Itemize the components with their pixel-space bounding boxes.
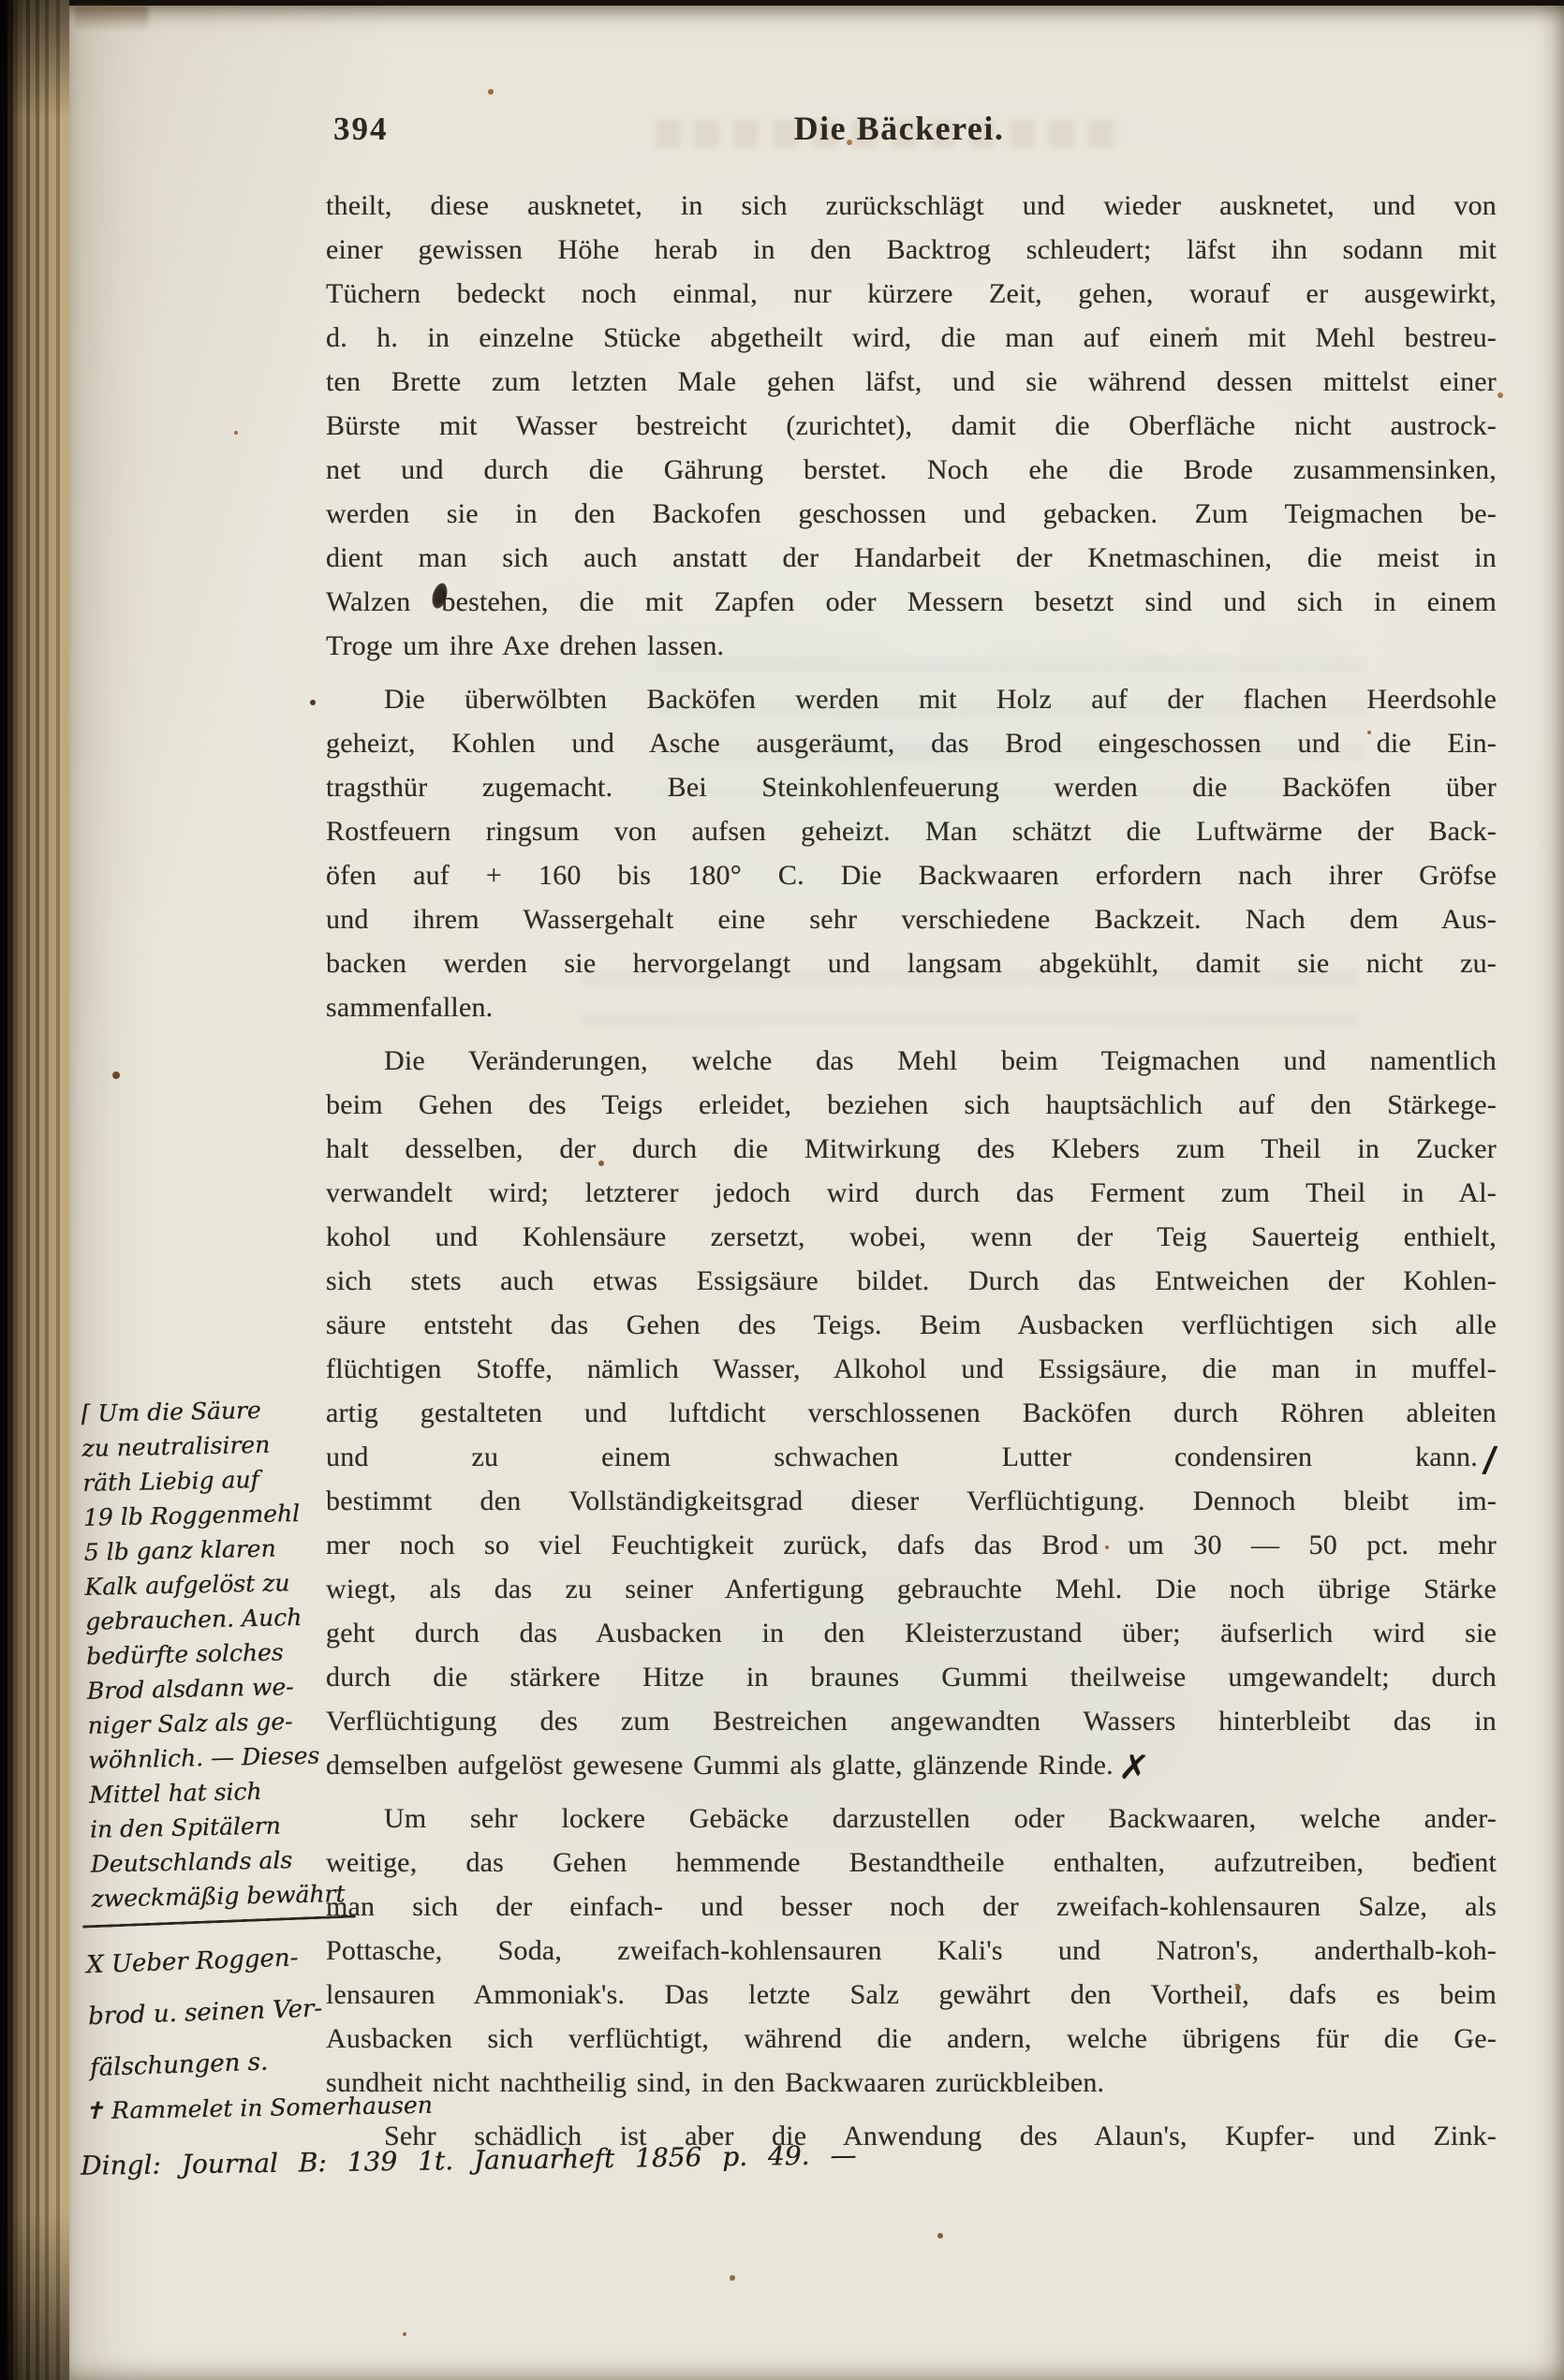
text-line: halt desselben, der durch die Mitwirkung… bbox=[326, 1127, 1497, 1171]
text-line: Die überwölbten Backöfen werden mit Holz… bbox=[326, 677, 1497, 721]
body-text: theilt, diese ausknetet, in sich zurücks… bbox=[326, 184, 1497, 2167]
text-line: flüchtigen Stoffe, nämlich Wasser, Alkoh… bbox=[326, 1347, 1497, 1391]
text-line: einer gewissen Höhe herab in den Backtro… bbox=[326, 228, 1497, 272]
margin-note-line: Deutschlands als bbox=[90, 1841, 346, 1882]
text-line: d. h. in einzelne Stücke abgetheilt wird… bbox=[326, 316, 1497, 360]
text-line: net und durch die Gährung berstet. Noch … bbox=[326, 448, 1497, 492]
text-line: und zu einem schwachen Lutter condensire… bbox=[326, 1435, 1497, 1479]
text-line: bestimmt den Vollständigkeitsgrad dieser… bbox=[326, 1479, 1497, 1523]
text-line: verwandelt wird; letzterer jedoch wird d… bbox=[326, 1171, 1497, 1215]
text-line: Walzen bestehen, die mit Zapfen oder Mes… bbox=[326, 580, 1497, 624]
text-line: geht durch das Ausbacken in den Kleister… bbox=[326, 1611, 1497, 1655]
text-line: Pottasche, Soda, zweifach-kohlensauren K… bbox=[326, 1929, 1497, 1973]
text-line: sich stets auch etwas Essigsäure bildet.… bbox=[326, 1259, 1497, 1303]
margin-note-line: zu neutralisiren bbox=[81, 1426, 337, 1466]
text-line: theilt, diese ausknetet, in sich zurücks… bbox=[326, 184, 1497, 228]
margin-note-line: ⌈ Um die Säure bbox=[81, 1391, 336, 1431]
text-line: Die Veränderungen, welche das Mehl beim … bbox=[326, 1039, 1497, 1083]
text-line: tragsthür zugemacht. Bei Steinkohlenfeue… bbox=[326, 765, 1497, 809]
text-line: Verflüchtigung des zum Bestreichen angew… bbox=[326, 1699, 1497, 1743]
book-page-edges bbox=[0, 0, 69, 2380]
margin-note-line: bedürfte solches bbox=[86, 1633, 342, 1674]
text-line: und ihrem Wassergehalt eine sehr verschi… bbox=[326, 897, 1497, 941]
text-line: backen werden sie hervorgelangt und lang… bbox=[326, 941, 1497, 985]
paragraph: theilt, diese ausknetet, in sich zurücks… bbox=[326, 184, 1497, 668]
text-line: durch die stärkere Hitze in braunes Gumm… bbox=[326, 1655, 1497, 1699]
running-title: Die Bäckerei. bbox=[794, 109, 1005, 148]
text-line: säure entsteht das Gehen des Teigs. Beim… bbox=[326, 1303, 1497, 1347]
text-line: Bürste mit Wasser bestreicht (zurichtet)… bbox=[326, 404, 1497, 448]
margin-note-line: fälschungen s. bbox=[89, 2033, 372, 2094]
text-line: geheizt, Kohlen und Asche ausgeräumt, da… bbox=[326, 721, 1497, 765]
text-line: wiegt, als das zu seiner Anfertigung geb… bbox=[326, 1567, 1497, 1611]
margin-note-line: in den Spitälern bbox=[90, 1807, 346, 1847]
margin-note-line: 19 lb Roggenmehl bbox=[83, 1495, 339, 1535]
paragraph: Die überwölbten Backöfen werden mit Holz… bbox=[326, 677, 1497, 1029]
text-line: demselben aufgelöst gewesene Gummi als g… bbox=[326, 1743, 1497, 1787]
margin-note-block1: ⌈ Um die Säurezu neutralisirenräth Liebi… bbox=[81, 1391, 347, 1916]
margin-note-line: niger Salz als ge- bbox=[87, 1703, 343, 1743]
text-line: weitige, das Gehen hemmende Bestandtheil… bbox=[326, 1840, 1497, 1885]
margin-note-line: gebrauchen. Auch bbox=[85, 1599, 341, 1639]
paragraph: Um sehr lockere Gebäcke darzustellen ode… bbox=[326, 1796, 1497, 2105]
text-line: Um sehr lockere Gebäcke darzustellen ode… bbox=[326, 1796, 1497, 1840]
text-line: werden sie in den Backofen geschossen un… bbox=[326, 492, 1497, 536]
margin-note-line: Brod alsdann we- bbox=[86, 1668, 342, 1708]
text-line: Troge um ihre Axe drehen lassen. bbox=[326, 624, 1497, 668]
text-line: sundheit nicht nachtheilig sind, in den … bbox=[326, 2061, 1497, 2105]
text-line: ten Brette zum letzten Male gehen läfst,… bbox=[326, 360, 1497, 404]
text-line: kohol und Kohlensäure zersetzt, wobei, w… bbox=[326, 1215, 1497, 1259]
handwritten-mark: / bbox=[1483, 1458, 1497, 1459]
corner-smudge bbox=[75, 6, 148, 32]
margin-note-line: wöhnlich. — Dieses bbox=[88, 1737, 344, 1778]
text-line: lensauren Ammoniak's. Das letzte Salz ge… bbox=[326, 1973, 1497, 2017]
text-line: Ausbacken sich verflüchtigt, während die… bbox=[326, 2017, 1497, 2061]
text-line: artig gestalteten und luftdicht verschlo… bbox=[326, 1391, 1497, 1435]
text-line: man sich der einfach- und besser noch de… bbox=[326, 1885, 1497, 1929]
text-line: öfen auf + 160 bis 180° C. Die Backwaare… bbox=[326, 853, 1497, 897]
margin-note-block2: X Ueber Roggen-brod u. seinen Ver-fälsch… bbox=[85, 1930, 372, 2094]
margin-note-line: zweckmäßig bewährt bbox=[91, 1876, 347, 1916]
margin-note-line: Mittel hat sich bbox=[89, 1772, 345, 1812]
text-line: dient man sich auch anstatt der Handarbe… bbox=[326, 536, 1497, 580]
text-line: Tüchern bedeckt noch einmal, nur kürzere… bbox=[326, 272, 1497, 316]
text-line: Rostfeuern ringsum von aufsen geheizt. M… bbox=[326, 809, 1497, 853]
text-line: mer noch so viel Feuchtigkeit zurück, da… bbox=[326, 1523, 1497, 1567]
book-page-scan: { "page": { "number": "394", "running_ti… bbox=[0, 0, 1564, 2380]
margin-note-line: 5 lb ganz klaren bbox=[83, 1530, 339, 1570]
margin-note-line: räth Liebig auf bbox=[82, 1460, 338, 1500]
handwritten-mark: ✗ bbox=[1119, 1766, 1149, 1768]
paragraph: Die Veränderungen, welche das Mehl beim … bbox=[326, 1039, 1497, 1787]
text-line: sammenfallen. bbox=[326, 985, 1497, 1029]
margin-note-line: Kalk aufgelöst zu bbox=[84, 1564, 340, 1604]
page-number: 394 bbox=[333, 111, 389, 148]
text-line: beim Gehen des Teigs erleidet, beziehen … bbox=[326, 1083, 1497, 1127]
